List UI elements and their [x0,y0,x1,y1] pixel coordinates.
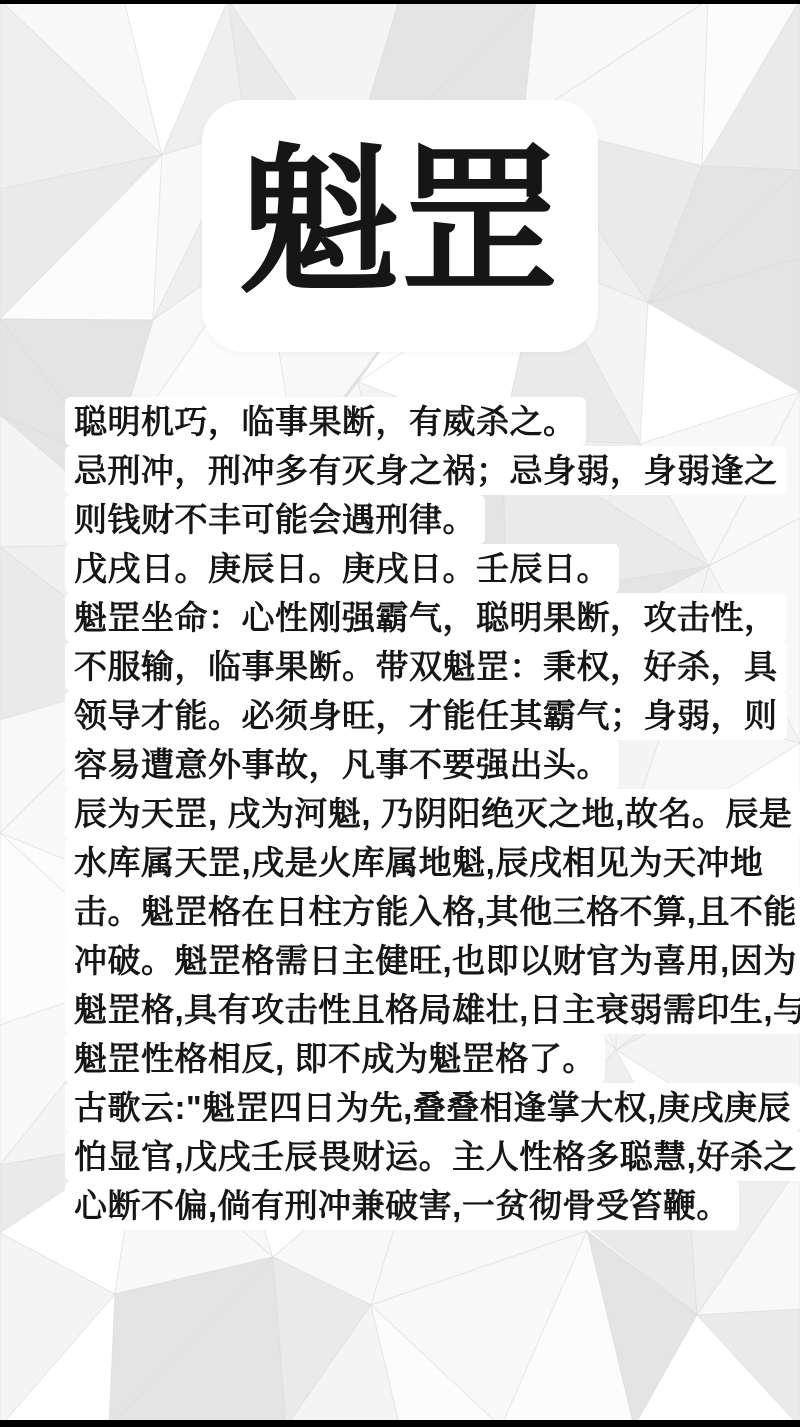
top-black-bar [0,0,800,4]
text-line: 心断不偏,倘有刑冲兼破害,一贫彻骨受笞鞭。 [65,1181,765,1230]
text-line: 怕显官,戊戌壬辰畏财运。主人性格多聪慧,好杀之 [65,1132,765,1181]
text-line: 水库属天罡,戌是火库属地魁,辰戌相见为天冲地 [65,838,765,887]
text-line: 魁罡格,具有攻击性且格局雄壮,日主衰弱需印生,与 [65,985,765,1034]
text-line-strip: 聪明机巧，临事果断，有威杀之。 [65,397,586,446]
text-line: 戊戌日。庚辰日。庚戌日。壬辰日。 [65,544,765,593]
text-line-strip: 容易遭意外事故，凡事不要强出头。 [65,740,619,789]
text-line: 则钱财不丰可能会遇刑律。 [65,495,765,544]
text-line-strip: 戊戌日。庚辰日。庚戌日。壬辰日。 [65,544,619,593]
text-line-strip: 冲破。魁罡格需日主健旺,也即以财官为喜用,因为 [65,936,800,985]
text-line-strip: 不服输，临事果断。带双魁罡：秉权，好杀，具 [65,642,787,691]
text-line: 容易遭意外事故，凡事不要强出头。 [65,740,765,789]
text-line-strip: 魁罡格,具有攻击性且格局雄壮,日主衰弱需印生,与 [65,985,800,1034]
text-line-strip: 古歌云:"魁罡四日为先,叠叠相逢掌大权,庚戌庚辰 [65,1083,800,1132]
text-line: 忌刑冲，刑冲多有灭身之祸；忌身弱，身弱逢之 [65,446,765,495]
text-line-strip: 心断不偏,倘有刑冲兼破害,一贫彻骨受笞鞭。 [65,1181,739,1230]
text-line-strip: 魁罡性格相反, 即不成为魁罡格了。 [65,1034,605,1083]
text-line: 古歌云:"魁罡四日为先,叠叠相逢掌大权,庚戌庚辰 [65,1083,765,1132]
text-line-strip: 怕显官,戊戌壬辰畏财运。主人性格多聪慧,好杀之 [65,1132,800,1181]
text-line: 魁罡坐命：心性刚强霸气，聪明果断，攻击性， [65,593,765,642]
text-line: 不服输，临事果断。带双魁罡：秉权，好杀，具 [65,642,765,691]
body-text: 聪明机巧，临事果断，有威杀之。 忌刑冲，刑冲多有灭身之祸；忌身弱，身弱逢之 则钱… [65,397,765,1230]
text-line: 聪明机巧，临事果断，有威杀之。 [65,397,765,446]
text-line-strip: 击。魁罡格在日柱方能入格,其他三格不算,且不能 [65,887,800,936]
text-line: 击。魁罡格在日柱方能入格,其他三格不算,且不能 [65,887,765,936]
text-line-strip: 辰为天罡, 戌为河魁, 乃阴阳绝灭之地,故名。辰是 [65,789,800,838]
title-card: 魁罡 [202,100,598,352]
bottom-black-bar [0,1420,800,1427]
text-line: 领导才能。必须身旺，才能任其霸气；身弱，则 [65,691,765,740]
text-line-strip: 魁罡坐命：心性刚强霸气，聪明果断，攻击性， [65,593,787,642]
text-line-strip: 领导才能。必须身旺，才能任其霸气；身弱，则 [65,691,787,740]
text-line-strip: 则钱财不丰可能会遇刑律。 [65,495,485,544]
text-line-strip: 水库属天罡,戌是火库属地魁,辰戌相见为天冲地 [65,838,772,887]
poster-canvas: 魁罡 聪明机巧，临事果断，有威杀之。 忌刑冲，刑冲多有灭身之祸；忌身弱，身弱逢之… [0,0,800,1427]
text-line: 辰为天罡, 戌为河魁, 乃阴阳绝灭之地,故名。辰是 [65,789,765,838]
text-line: 魁罡性格相反, 即不成为魁罡格了。 [65,1034,765,1083]
text-line-strip: 忌刑冲，刑冲多有灭身之祸；忌身弱，身弱逢之 [65,446,787,495]
page-title: 魁罡 [240,142,560,302]
text-line: 冲破。魁罡格需日主健旺,也即以财官为喜用,因为 [65,936,765,985]
